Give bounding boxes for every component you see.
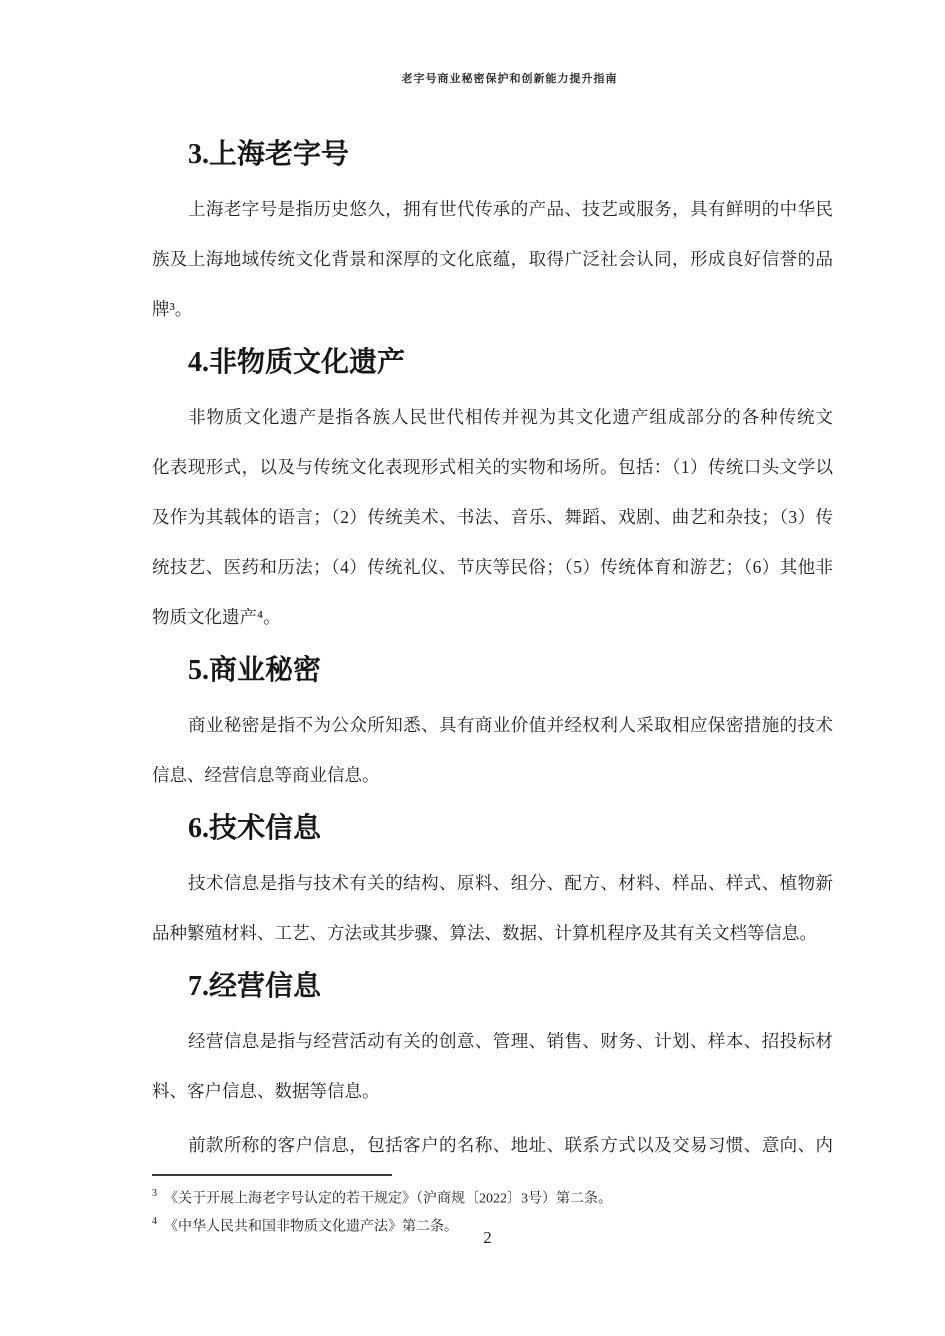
footnote-marker: 3 <box>152 1188 157 1199</box>
section-business-info: 7.经营信息 经营信息是指与经营活动有关的创意、管理、销售、财务、计划、样本、招… <box>152 962 833 1170</box>
section-intangible-heritage: 4.非物质文化遗产 非物质文化遗产是指各族人民世代相传并视为其文化遗产组成部分的… <box>152 338 833 642</box>
text-line: 商业秘密是指不为公众所知悉、具有商业价值并经权利人采取相应保密措施的技术 <box>152 700 833 750</box>
text-line: 上海老字号是指历史悠久，拥有世代传承的产品、技艺或服务，具有鲜明的中华民 <box>152 184 833 234</box>
paragraph: 商业秘密是指不为公众所知悉、具有商业价值并经权利人采取相应保密措施的技术 信息、… <box>152 700 833 800</box>
section-heading: 3.上海老字号 <box>188 130 833 180</box>
paragraph: 前款所称的客户信息，包括客户的名称、地址、联系方式以及交易习惯、意向、内 <box>152 1120 833 1170</box>
text-line: 牌³。 <box>152 284 833 334</box>
document-page: 老字号商业秘密保护和创新能力提升指南 3.上海老字号 上海老字号是指历史悠久，拥… <box>0 0 945 1336</box>
section-shanghai-laozihao: 3.上海老字号 上海老字号是指历史悠久，拥有世代传承的产品、技艺或服务，具有鲜明… <box>152 130 833 334</box>
section-heading: 6.技术信息 <box>188 804 833 854</box>
running-header: 老字号商业秘密保护和创新能力提升指南 <box>152 70 833 86</box>
section-technical-info: 6.技术信息 技术信息是指与技术有关的结构、原料、组分、配方、材料、样品、样式、… <box>152 804 833 958</box>
text-line: 经营信息是指与经营活动有关的创意、管理、销售、财务、计划、样本、招投标材 <box>152 1016 833 1066</box>
text-line: 品种繁殖材料、工艺、方法或其步骤、算法、数据、计算机程序及其有关文档等信息。 <box>152 908 833 958</box>
text-line: 统技艺、医药和历法；（4）传统礼仪、节庆等民俗；（5）传统体育和游艺；（6）其他… <box>152 542 833 592</box>
section-heading: 7.经营信息 <box>188 962 833 1012</box>
text-line: 料、客户信息、数据等信息。 <box>152 1066 833 1116</box>
paragraph: 经营信息是指与经营活动有关的创意、管理、销售、财务、计划、样本、招投标材 料、客… <box>152 1016 833 1116</box>
footnote-marker: 4 <box>152 1216 157 1227</box>
text-line: 化表现形式，以及与传统文化表现形式相关的实物和场所。包括：（1）传统口头文学以 <box>152 442 833 492</box>
paragraph: 非物质文化遗产是指各族人民世代相传并视为其文化遗产组成部分的各种传统文 化表现形… <box>152 392 833 642</box>
document-body: 3.上海老字号 上海老字号是指历史悠久，拥有世代传承的产品、技艺或服务，具有鲜明… <box>152 126 833 1170</box>
footnote-separator <box>152 1174 392 1176</box>
text-line: 物质文化遗产⁴。 <box>152 592 833 642</box>
paragraph: 上海老字号是指历史悠久，拥有世代传承的产品、技艺或服务，具有鲜明的中华民 族及上… <box>152 184 833 334</box>
text-line: 前款所称的客户信息，包括客户的名称、地址、联系方式以及交易习惯、意向、内 <box>152 1120 833 1170</box>
page-number: 2 <box>0 1228 945 1248</box>
text-line: 技术信息是指与技术有关的结构、原料、组分、配方、材料、样品、样式、植物新 <box>152 858 833 908</box>
section-trade-secret: 5.商业秘密 商业秘密是指不为公众所知悉、具有商业价值并经权利人采取相应保密措施… <box>152 646 833 800</box>
section-heading: 5.商业秘密 <box>188 646 833 696</box>
paragraph: 技术信息是指与技术有关的结构、原料、组分、配方、材料、样品、样式、植物新 品种繁… <box>152 858 833 958</box>
section-heading: 4.非物质文化遗产 <box>188 338 833 388</box>
text-line: 非物质文化遗产是指各族人民世代相传并视为其文化遗产组成部分的各种传统文 <box>152 392 833 442</box>
footnote: 3《关于开展上海老字号认定的若干规定》（沪商规〔2022〕3号）第二条。 <box>152 1183 833 1211</box>
text-line: 及作为其载体的语言；（2）传统美术、书法、音乐、舞蹈、戏剧、曲艺和杂技；（3）传 <box>152 492 833 542</box>
text-line: 族及上海地域传统文化背景和深厚的文化底蕴，取得广泛社会认同，形成良好信誉的品 <box>152 234 833 284</box>
footnote-text: 《关于开展上海老字号认定的若干规定》（沪商规〔2022〕3号）第二条。 <box>164 1192 612 1207</box>
text-line: 信息、经营信息等商业信息。 <box>152 750 833 800</box>
